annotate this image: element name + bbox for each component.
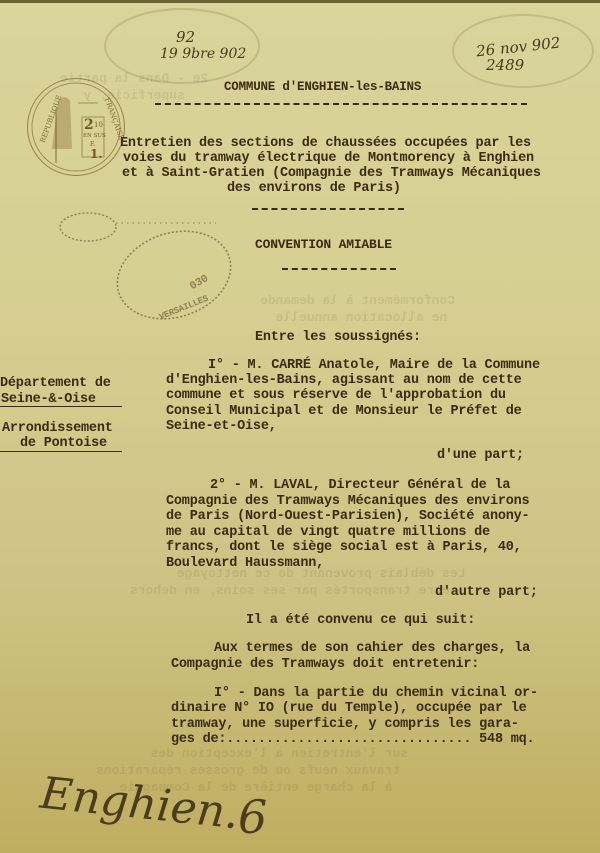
item-1-line: dinaire N° IO (rue du Temple), occupée p… [171,700,527,717]
fiscal-stamp: REPUBLIQUE FRANÇAISE 2 10 EN SUS F. 1. [27,78,125,176]
scan-top-edge [0,0,600,3]
party-2-line: francs, dont le siège social est à Paris… [166,539,522,556]
between-intro: Entre les soussignés: [255,329,421,346]
bleed-through-text: Conformément à la demande ne allocation … [260,292,455,326]
stamp-date-handwritten: 19 9bre 902 [160,46,246,62]
commune-heading: COMMUNE d'ENGHIEN-les-BAINS [224,79,421,96]
party-1-line: Seine-et-Oise, [166,418,277,435]
party-1-close: d'une part; [437,447,524,464]
party-2-line: Boulevard Haussmann, [166,555,324,572]
margin-arrondissement-name: de Pontoise [20,435,107,452]
margin-rule [0,451,122,452]
margin-rule [0,406,122,407]
stamp-number-handwritten: 92 [176,28,195,46]
convention-title: CONVENTION AMIABLE [255,236,392,253]
heading-underline [155,103,527,105]
registry-number-handwritten: 2489 [486,56,524,74]
fiscal-f-value: 1. [90,147,103,161]
party-2-line: 2° - M. LAVAL, Directeur Général de la [210,477,510,494]
cancellation-stamp [56,205,236,335]
terms-line: Compagnie des Tramways doit entretenir: [171,656,479,673]
fiscal-en-sus: EN SUS [83,133,106,139]
terms-line: Aux termes de son cahier des charges, la [214,640,530,657]
party-1-line: commune et sous réserve de l'approbation… [166,387,506,404]
party-2-line: de Paris (Nord-Ouest-Parisien), Société … [166,508,529,525]
margin-departement: Département de [0,375,111,392]
handwritten-number: 6 [238,790,267,844]
party-2-close: d'autre part; [435,584,538,601]
fiscal-fraction: 10 [94,121,103,129]
fiscal-value: 2 [84,117,94,133]
fiscal-stamp-icon [28,79,124,175]
subject-underline [252,208,404,210]
subject-line: des environs de Paris) [227,180,401,197]
convention-underline [282,268,396,270]
agreed-line: Il a été convenu ce qui suit: [246,612,475,629]
